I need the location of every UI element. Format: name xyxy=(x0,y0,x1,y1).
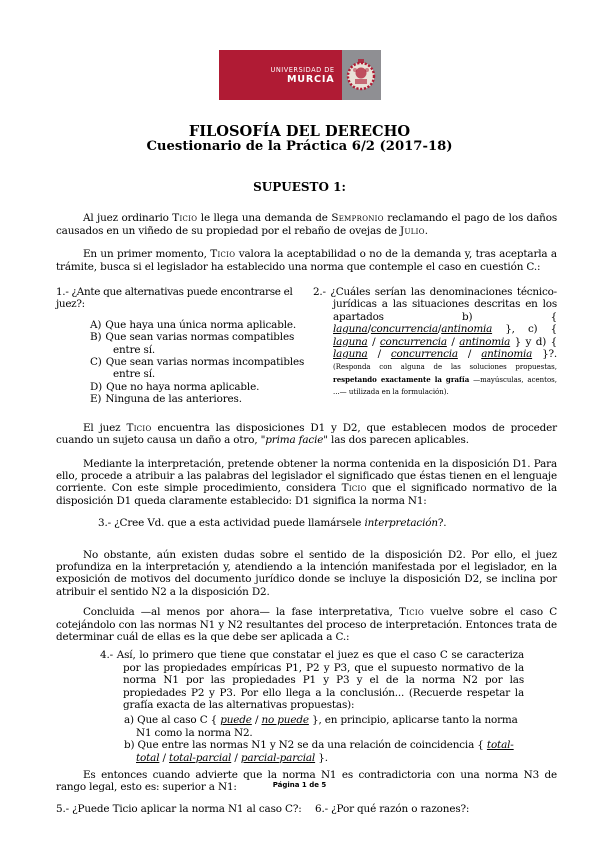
page-number: Página 1 de 5 xyxy=(0,779,599,791)
option-row-e: E)Ninguna de las anteriores. xyxy=(90,393,306,405)
option-label: E) xyxy=(90,393,101,405)
option-text: Que sean varias normas incompatibles ent… xyxy=(106,356,304,380)
question-1-options: A)Que haya una única norma aplicable. B)… xyxy=(90,319,306,406)
question-1-block: 1.- ¿Ante que alternativas puede encontr… xyxy=(56,286,306,406)
question-4-option-b: b) Que entre las normas N1 y N2 se da un… xyxy=(124,739,522,764)
paragraph-dispositions: El juez Ticio encuentra las disposicione… xyxy=(56,422,557,447)
document-title: FILOSOFÍA DEL DERECHO xyxy=(0,124,599,139)
question-6-text: 6.- ¿Por qué razón o razones?: xyxy=(315,803,557,815)
option-text: Que sean varias normas compatibles entre… xyxy=(105,331,294,355)
option-row-b: B)Que sean varias normas compatibles ent… xyxy=(90,331,306,356)
option-text: Que haya una única norma aplicable. xyxy=(105,319,296,331)
university-seal-icon xyxy=(346,57,376,93)
paragraph-case-intro: Al juez ordinario Ticio le llega una dem… xyxy=(56,212,557,237)
document-body: Al juez ordinario Ticio le llega una dem… xyxy=(0,212,599,815)
option-text: Que no haya norma aplicable. xyxy=(106,381,259,393)
question-2-block: 2.- ¿Cuáles serían las denominaciones té… xyxy=(306,286,557,406)
question-4-options: a) Que al caso C { puede / no puede }, e… xyxy=(124,714,522,764)
university-name-text: UNIVERSIDAD DE xyxy=(271,66,335,74)
paragraph-interpretation: Mediante la interpretación, pretende obt… xyxy=(56,458,557,508)
paragraph-doubts-d2: No obstante, aún existen dudas sobre el … xyxy=(56,549,557,599)
question-2-text: 2.- ¿Cuáles serían las denominaciones té… xyxy=(313,286,557,398)
section-heading: SUPUESTO 1: xyxy=(0,181,599,193)
paragraph-concluded-phase: Concluida —al menos por ahora— la fase i… xyxy=(56,606,557,643)
university-city-text: MURCIA xyxy=(287,74,335,85)
document-subtitle: Cuestionario de la Práctica 6/2 (2017-18… xyxy=(0,139,599,154)
question-3-text: 3.- ¿Cree Vd. que a esta actividad puede… xyxy=(98,517,557,529)
paragraph-first-moment: En un primer momento, Ticio valora la ac… xyxy=(56,248,557,273)
university-seal-box xyxy=(342,50,381,100)
option-label: A) xyxy=(90,319,101,331)
question-columns: 1.- ¿Ante que alternativas puede encontr… xyxy=(56,286,557,406)
option-label: C) xyxy=(90,356,102,368)
option-row-c: C)Que sean varias normas incompatibles e… xyxy=(90,356,306,381)
question-4-option-a: a) Que al caso C { puede / no puede }, e… xyxy=(124,714,522,739)
question-5-text: 5.- ¿Puede Ticio aplicar la norma N1 al … xyxy=(56,803,315,815)
questions-5-6-row: 5.- ¿Puede Ticio aplicar la norma N1 al … xyxy=(56,803,557,815)
question-4-text: 4.- Así, lo primero que tiene que consta… xyxy=(100,649,524,711)
option-row-a: A)Que haya una única norma aplicable. xyxy=(90,319,306,331)
university-logo-wordmark: UNIVERSIDAD DE MURCIA xyxy=(219,50,342,100)
university-logo: UNIVERSIDAD DE MURCIA xyxy=(219,50,381,100)
option-label: B) xyxy=(90,331,101,343)
option-row-d: D)Que no haya norma aplicable. xyxy=(90,381,306,393)
document-page: UNIVERSIDAD DE MURCIA FILOSOFÍA DEL DERE… xyxy=(0,0,599,848)
question-1-heading: 1.- ¿Ante que alternativas puede encontr… xyxy=(56,286,306,311)
option-text: Ninguna de las anteriores. xyxy=(105,393,242,405)
option-label: D) xyxy=(90,381,102,393)
